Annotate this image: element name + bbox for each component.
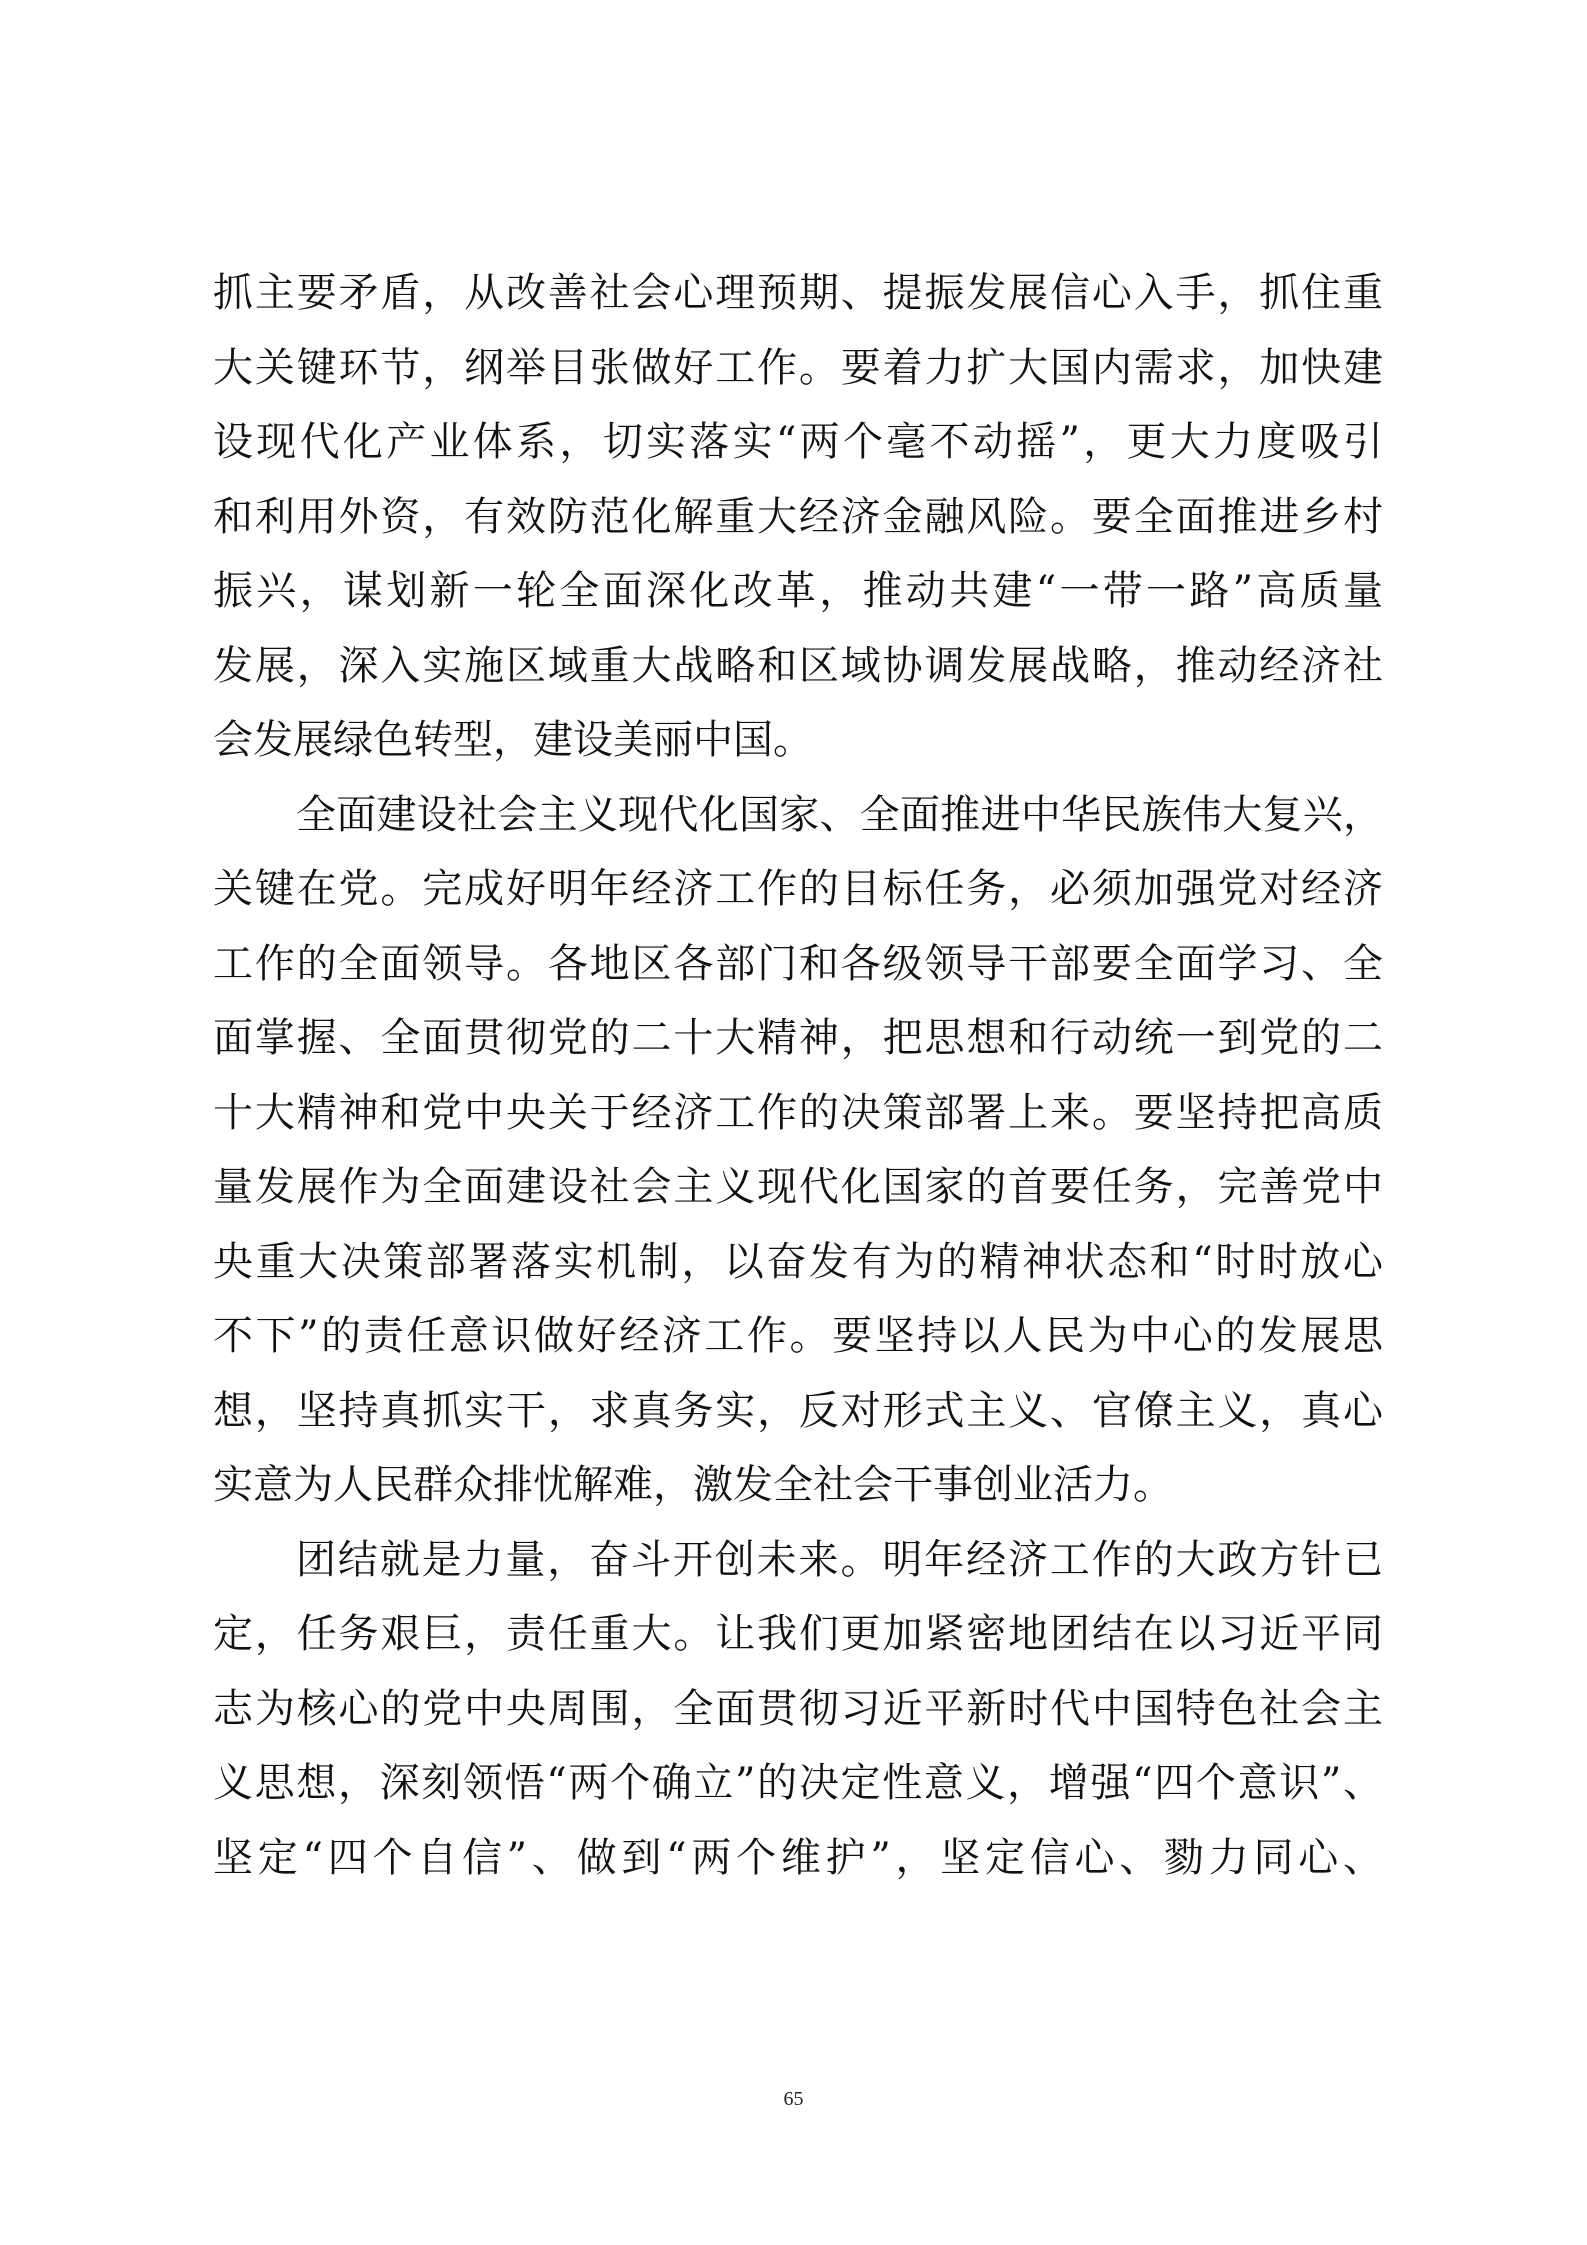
text-line: 抓主要矛盾，从改善社会心理预期、提振发展信心入手，抓住重 (213, 256, 1383, 331)
text-line: 全面建设社会主义现代化国家、全面推进中华民族伟大复兴， (213, 778, 1383, 853)
text-line: 十大精神和党中央关于经济工作的决策部署上来。要坚持把高质 (213, 1076, 1383, 1151)
text-line: 面掌握、全面贯彻党的二十大精神，把思想和行动统一到党的二 (213, 1001, 1383, 1076)
page-number: 65 (0, 2088, 1587, 2111)
text-line: 不下”的责任意识做好经济工作。要坚持以人民为中心的发展思 (213, 1299, 1383, 1374)
text-line: 工作的全面领导。各地区各部门和各级领导干部要全面学习、全 (213, 927, 1383, 1002)
text-line: 央重大决策部署落实机制，以奋发有为的精神状态和“时时放心 (213, 1225, 1383, 1300)
text-line: 量发展作为全面建设社会主义现代化国家的首要任务，完善党中 (213, 1150, 1383, 1225)
text-line: 坚定“四个自信”、做到“两个维护”，坚定信心、勠力同心、 (213, 1821, 1383, 1896)
text-line: 义思想，深刻领悟“两个确立”的决定性意义，增强“四个意识”、 (213, 1746, 1383, 1821)
text-line: 振兴，谋划新一轮全面深化改革，推动共建“一带一路”高质量 (213, 554, 1383, 629)
text-line: 实意为人民群众排忧解难，激发全社会干事创业活力。 (213, 1448, 1383, 1523)
text-line: 设现代化产业体系，切实落实“两个毫不动摇”，更大力度吸引 (213, 405, 1383, 480)
text-line: 发展，深入实施区域重大战略和区域协调发展战略，推动经济社 (213, 629, 1383, 704)
text-line: 定，任务艰巨，责任重大。让我们更加紧密地团结在以习近平同 (213, 1597, 1383, 1672)
text-line: 和利用外资，有效防范化解重大经济金融风险。要全面推进乡村 (213, 480, 1383, 555)
text-line: 关键在党。完成好明年经济工作的目标任务，必须加强党对经济 (213, 852, 1383, 927)
text-line: 想，坚持真抓实干，求真务实，反对形式主义、官僚主义，真心 (213, 1374, 1383, 1449)
text-line: 志为核心的党中央周围，全面贯彻习近平新时代中国特色社会主 (213, 1672, 1383, 1747)
text-line: 会发展绿色转型，建设美丽中国。 (213, 703, 1383, 778)
text-line: 团结就是力量，奋斗开创未来。明年经济工作的大政方针已 (213, 1523, 1383, 1598)
body-text: 抓主要矛盾，从改善社会心理预期、提振发展信心入手，抓住重 大关键环节，纲举目张做… (213, 256, 1383, 1895)
text-line: 大关键环节，纲举目张做好工作。要着力扩大国内需求，加快建 (213, 331, 1383, 406)
document-page: 抓主要矛盾，从改善社会心理预期、提振发展信心入手，抓住重 大关键环节，纲举目张做… (0, 0, 1587, 2245)
